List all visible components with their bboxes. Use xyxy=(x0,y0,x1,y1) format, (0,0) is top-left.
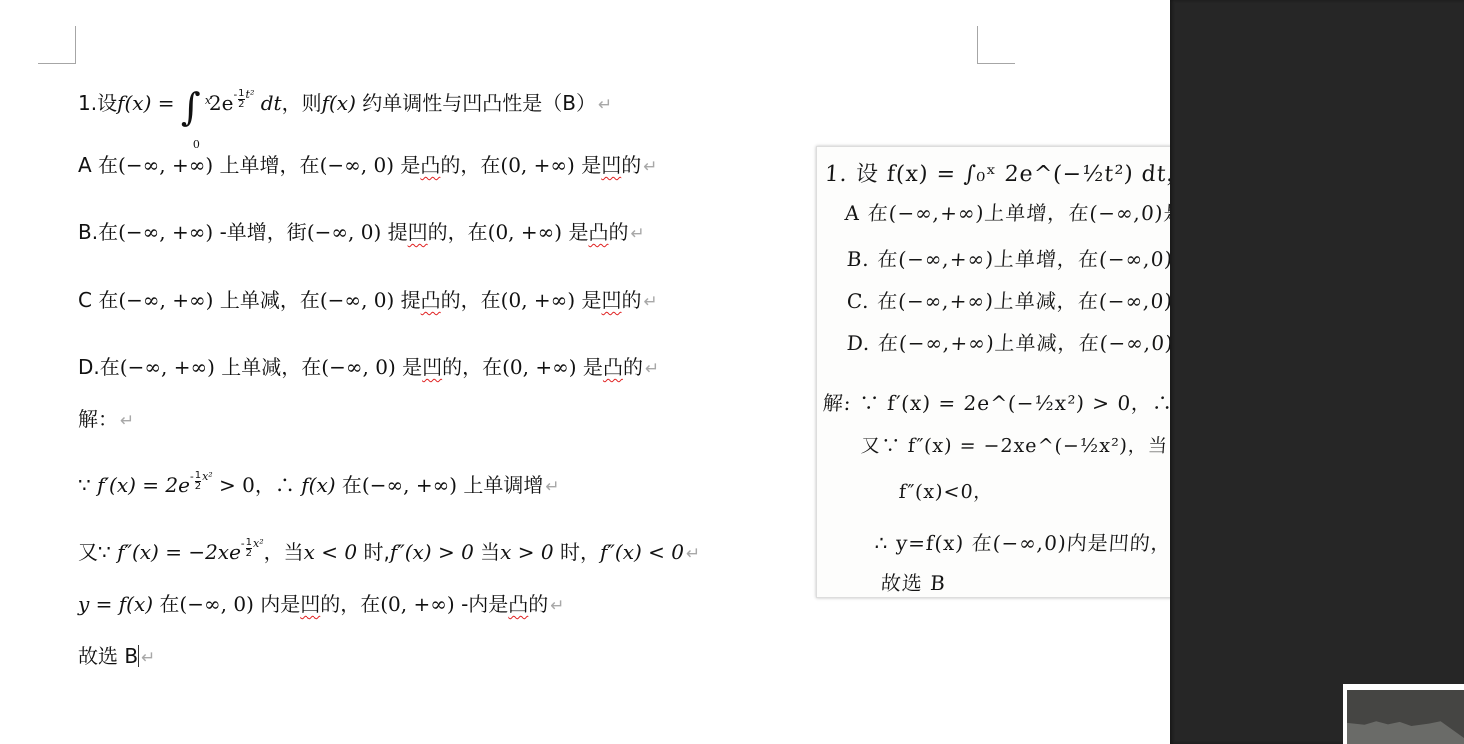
solution-line-3[interactable]: y = f(x) 在(−∞, 0) 内是凹的，在(0, +∞) -内是凸的↵ xyxy=(78,591,565,619)
text: 在 xyxy=(153,592,179,616)
text: 提 xyxy=(394,288,420,312)
option-label: A xyxy=(78,153,92,177)
text: 是 xyxy=(575,288,601,312)
condition: x < 0 xyxy=(304,540,357,564)
margin-corner-top-right xyxy=(977,26,1015,64)
question-mid: ，则 xyxy=(282,91,322,115)
paragraph-mark-icon: ↵ xyxy=(545,477,559,497)
text: 时, xyxy=(357,540,390,564)
paragraph-mark-icon: ↵ xyxy=(550,596,564,616)
interval: (0, +∞) xyxy=(501,288,575,312)
math-integrand: 2e xyxy=(209,91,234,115)
text: 的，在 xyxy=(442,355,502,379)
exp-var: x² xyxy=(253,537,264,550)
text: 内是 xyxy=(254,592,300,616)
option-d[interactable]: D.在(−∞, +∞) 上单减，在(−∞, 0) 是凹的，在(0, +∞) 是凸… xyxy=(78,354,659,382)
exp-var: t² xyxy=(246,88,255,101)
interval: (−∞, 0) xyxy=(320,153,394,177)
text: 是 xyxy=(396,355,422,379)
because-symbol: ∵ xyxy=(78,473,97,497)
interval: (0, +∞) xyxy=(500,153,574,177)
interval: (−∞, +∞) xyxy=(118,288,213,312)
paragraph-mark-icon: ↵ xyxy=(643,157,657,177)
paragraph-mark-icon: ↵ xyxy=(630,224,644,244)
text: 上单增，在 xyxy=(213,153,319,177)
math-y: y = f(x) xyxy=(78,592,153,616)
fraction-half: 12 xyxy=(246,538,252,559)
spellcheck-word: 凸 xyxy=(588,220,608,244)
exp-sign: - xyxy=(241,537,245,550)
document-page[interactable]: 1.设f(x) = ∫x02e-12t² dt，则f(x) 约单调性与凹凸性是（… xyxy=(0,0,1170,744)
interval: (−∞, 0) xyxy=(320,288,394,312)
interval: (−∞, 0) xyxy=(321,355,395,379)
interval: (−∞, +∞) xyxy=(118,220,213,244)
option-label: D. xyxy=(78,355,100,379)
text: 在 xyxy=(92,288,118,312)
text: 提 xyxy=(381,220,407,244)
paragraph-mark-icon: ↵ xyxy=(598,95,612,115)
solution-line-2[interactable]: 又∵ f″(x) = −2xe-12x²，当x < 0 时,f″(x) > 0 … xyxy=(78,531,700,567)
text: 的，在 xyxy=(320,592,380,616)
text: 的 xyxy=(528,592,548,616)
question-paragraph[interactable]: 1.设f(x) = ∫x02e-12t² dt，则f(x) 约单调性与凹凸性是（… xyxy=(78,82,612,120)
text: 是 xyxy=(575,153,601,177)
fraction-half: 12 xyxy=(238,89,244,110)
text: 时， xyxy=(554,540,600,564)
interval: (−∞, +∞) xyxy=(118,153,213,177)
exp-var: x² xyxy=(202,470,213,483)
side-panel xyxy=(1170,0,1464,744)
spellcheck-word: 凹 xyxy=(422,355,442,379)
math-fpp: f″(x) = −2xe xyxy=(117,540,241,564)
math-fprime: f′(x) = 2e xyxy=(97,473,190,497)
math-dt: dt xyxy=(261,91,282,115)
math-fx: f(x) xyxy=(301,473,335,497)
text: 上单减，在 xyxy=(213,288,319,312)
text: 的，在 xyxy=(441,288,501,312)
text: 的 xyxy=(622,288,642,312)
answer-paragraph[interactable]: 故选 B↵ xyxy=(78,643,155,671)
option-b[interactable]: B.在(−∞, +∞) -单增，街(−∞, 0) 提凹的，在(0, +∞) 是凸… xyxy=(78,219,645,247)
fraction-half: 12 xyxy=(195,471,201,492)
spellcheck-word: 凹 xyxy=(602,288,622,312)
option-label: B. xyxy=(78,220,98,244)
paragraph-mark-icon: ↵ xyxy=(686,544,700,564)
solution-line-1[interactable]: ∵ f′(x) = 2e-12x² > 0，∴ f(x) 在(−∞, +∞) 上… xyxy=(78,464,560,500)
question-suffix: 约单调性与凹凸性是（B） xyxy=(362,91,596,115)
text: > 0，∴ xyxy=(213,473,302,497)
text: 上单减，在 xyxy=(215,355,321,379)
text: 当 xyxy=(474,540,500,564)
spellcheck-word: 凸 xyxy=(508,592,528,616)
text: 的 xyxy=(608,220,628,244)
spellcheck-word: 凸 xyxy=(421,288,441,312)
text: 上单调增 xyxy=(457,473,543,497)
answer-text: 故选 B xyxy=(78,644,138,668)
spellcheck-word: 凸 xyxy=(603,355,623,379)
interval: (0, +∞) xyxy=(488,220,562,244)
text: 的，在 xyxy=(428,220,488,244)
option-a[interactable]: A 在(−∞, +∞) 上单增，在(−∞, 0) 是凸的，在(0, +∞) 是凹… xyxy=(78,152,657,180)
text: 在 xyxy=(100,355,120,379)
math-fx: f(x) xyxy=(117,91,151,115)
condition: x > 0 xyxy=(500,540,553,564)
note-line: 故选 B xyxy=(880,567,947,596)
exp-sign: - xyxy=(233,88,237,101)
result: f″(x) > 0 xyxy=(390,540,474,564)
exp-sign: - xyxy=(190,470,194,483)
paragraph-mark-icon: ↵ xyxy=(644,292,658,312)
integral-sign: ∫x0 xyxy=(181,94,209,120)
paragraph-mark-icon: ↵ xyxy=(141,648,155,668)
text: 的 xyxy=(621,153,641,177)
text: 是 xyxy=(394,153,420,177)
note-line: f″(x)<0， xyxy=(898,477,995,504)
math-fx: f(x) xyxy=(322,91,356,115)
spellcheck-word: 凸 xyxy=(420,153,440,177)
text: 在 xyxy=(92,153,118,177)
text-cursor xyxy=(138,645,139,667)
option-label: C xyxy=(78,288,92,312)
text: 是 xyxy=(577,355,603,379)
text: -内是 xyxy=(455,592,509,616)
margin-corner-top-left xyxy=(38,26,76,64)
thumbnail-preview xyxy=(1347,690,1464,744)
result: f″(x) < 0 xyxy=(600,540,684,564)
page-thumbnail[interactable] xyxy=(1343,684,1464,744)
text: 的，在 xyxy=(440,153,500,177)
interval: (−∞, 0) xyxy=(179,592,253,616)
text: 是 xyxy=(562,220,588,244)
question-prefix: 1.设 xyxy=(78,91,117,115)
solution-label-paragraph[interactable]: 解：↵ xyxy=(78,406,134,434)
text: 在 xyxy=(98,220,118,244)
spellcheck-word: 凹 xyxy=(300,592,320,616)
interval: (0, +∞) xyxy=(502,355,576,379)
math-eq: = xyxy=(151,91,180,115)
text: 在 xyxy=(336,473,362,497)
interval: (0, +∞) xyxy=(380,592,454,616)
interval: (−∞, +∞) xyxy=(362,473,457,497)
paragraph-mark-icon: ↵ xyxy=(645,359,659,379)
thumbnail-shape xyxy=(1347,720,1464,744)
option-c[interactable]: C 在(−∞, +∞) 上单减，在(−∞, 0) 提凸的，在(0, +∞) 是凹… xyxy=(78,287,658,315)
text: 的 xyxy=(623,355,643,379)
solution-label: 解： xyxy=(78,407,118,431)
interval: (−∞, +∞) xyxy=(120,355,215,379)
text: ，当 xyxy=(264,540,304,564)
paragraph-mark-icon: ↵ xyxy=(120,411,134,431)
text: 又∵ xyxy=(78,540,117,564)
text: -单增，街 xyxy=(213,220,307,244)
interval: (−∞, 0) xyxy=(307,220,381,244)
spellcheck-word: 凹 xyxy=(408,220,428,244)
spellcheck-word: 凹 xyxy=(601,153,621,177)
